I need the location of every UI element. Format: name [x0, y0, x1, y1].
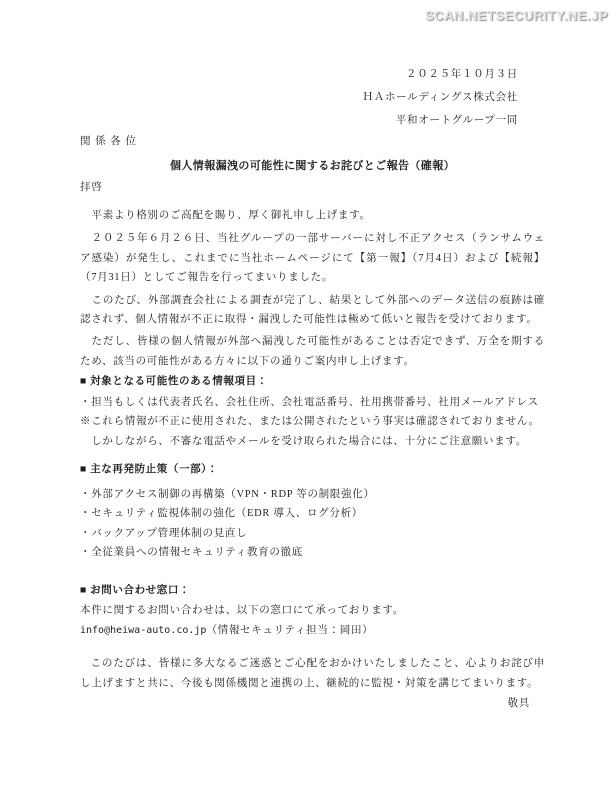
company-name: ＨＡホールディングス株式会社 [80, 86, 518, 109]
document-date: ２０２５年１０月３日 [80, 63, 518, 86]
document-page: SCAN.NETSECURITY.NE.JP ２０２５年１０月３日 ＨＡホールデ… [0, 0, 612, 792]
section-affected-info: ■ 対象となる可能性のある情報項目： ・担当もしくは代表者氏名、会社住所、会社電… [80, 372, 545, 451]
affected-info-warning: しかしながら、不審な電話やメールを受け取られた場合には、十分にご注意願います。 [80, 432, 545, 452]
section-prevention-heading: ■ 主な再発防止策（一部）： [80, 460, 545, 480]
section-contact: ■ お問い合わせ窓口： 本件に関するお問い合わせは、以下の窓口にて承っております… [80, 581, 545, 641]
section-contact-heading: ■ お問い合わせ窓口： [80, 581, 545, 601]
closing-paragraph: このたびは、皆様に多大なるご迷惑とご心配をおかけいたしましたこと、心よりお詫び申… [80, 654, 545, 693]
section-affected-info-heading: ■ 対象となる可能性のある情報項目： [80, 372, 545, 392]
company-group: 平和オートグループ一同 [80, 109, 518, 132]
section-affected-info-lines: ・担当もしくは代表者氏名、会社住所、会社電話番号、社用携帯番号、社用メールアドレ… [80, 393, 545, 452]
addressee: 関 係 各 位 [80, 132, 545, 152]
document-title: 個人情報漏洩の可能性に関するお詫びとご報告（確報） [80, 157, 545, 177]
paragraph-greeting: 平素より格別のご高配を賜り、厚く御礼申し上げます。 [80, 206, 545, 226]
watermark: SCAN.NETSECURITY.NE.JP [425, 6, 608, 26]
affected-info-item: ・担当もしくは代表者氏名、会社住所、会社電話番号、社用携帯番号、社用メールアドレ… [80, 393, 545, 413]
section-prevention-measures: ■ 主な再発防止策（一部）： ・外部アクセス制御の再構築（VPN・RDP 等の制… [80, 460, 545, 563]
paragraph-investigation-result: このたび、外部調査会社による調査が完了し、結果として外部へのデータ送信の痕跡は確… [80, 291, 545, 330]
contact-email: info@heiwa-auto.co.jp [80, 625, 206, 636]
sender-block: ２０２５年１０月３日 ＨＡホールディングス株式会社 平和オートグループ一同 [80, 63, 545, 132]
prevention-item: ・セキュリティ監視体制の強化（EDR 導入、ログ分析） [80, 504, 545, 524]
salutation: 拝啓 [80, 178, 545, 198]
contact-description: 本件に関するお問い合わせは、以下の窓口にて承っております。 [80, 601, 545, 621]
contact-email-note: （情報セキュリティ担当：岡田） [206, 625, 373, 636]
sign-off: 敬具 [80, 694, 545, 714]
contact-email-line: info@heiwa-auto.co.jp（情報セキュリティ担当：岡田） [80, 621, 545, 641]
prevention-item: ・バックアップ管理体制の見直し [80, 524, 545, 544]
section-prevention-lines: ・外部アクセス制御の再構築（VPN・RDP 等の制限強化） ・セキュリティ監視体… [80, 485, 545, 563]
paragraph-caution: ただし、皆様の個人情報が外部へ漏洩した可能性があることは否定できず、万全を期する… [80, 332, 545, 371]
affected-info-note: ※これら情報が不正に使用された、または公開されたという事実は確認されておりません… [80, 412, 545, 432]
prevention-item: ・外部アクセス制御の再構築（VPN・RDP 等の制限強化） [80, 485, 545, 505]
prevention-item: ・全従業員への情報セキュリティ教育の徹底 [80, 543, 545, 563]
paragraph-incident: ２０２５年６月２６日、当社グループの一部サーバーに対し不正アクセス（ランサムウェ… [80, 229, 545, 288]
